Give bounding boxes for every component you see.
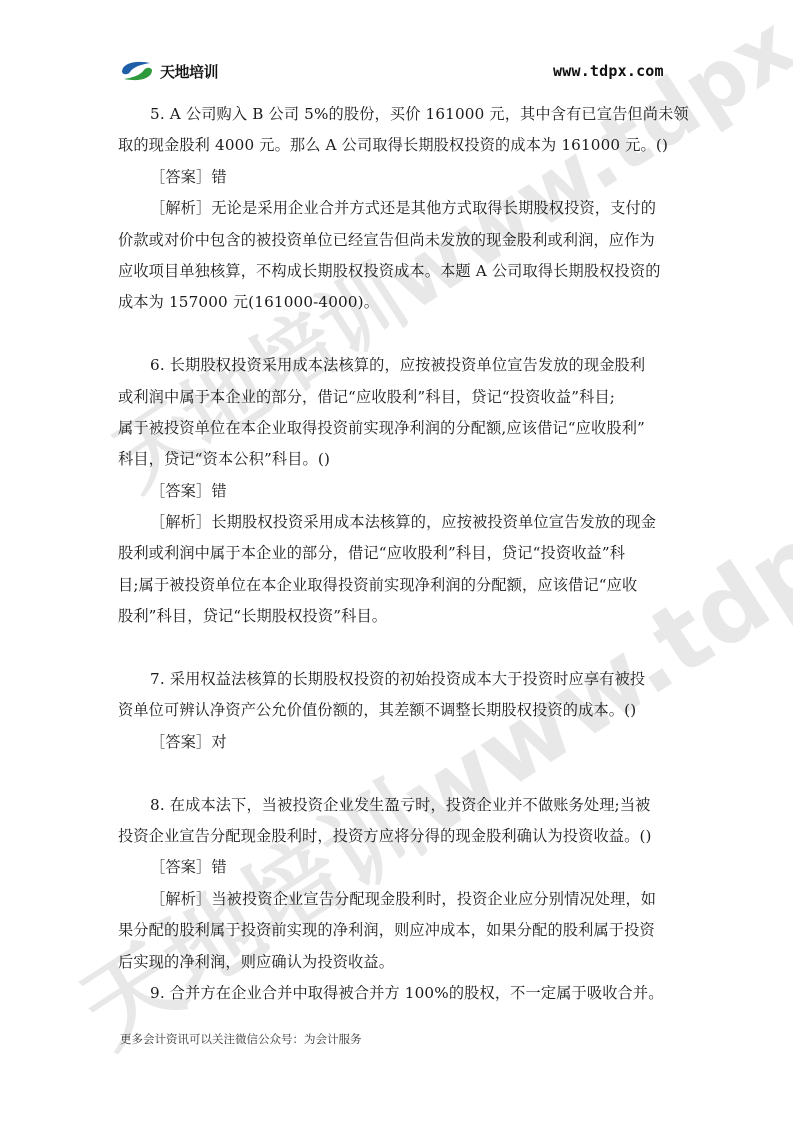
question-text: 取的现金股利 4000 元。那么 A 公司取得长期股权投资的成本为 161000…: [118, 130, 678, 161]
question-5: 5. A 公司购入 B 公司 5%的股份，买价 161000 元，其中含有已宣告…: [118, 99, 678, 319]
document-body: 5. A 公司购入 B 公司 5%的股份，买价 161000 元，其中含有已宣告…: [118, 99, 678, 1009]
answer: ［答案］错: [118, 852, 678, 883]
answer: ［答案］错: [118, 476, 678, 507]
logo-swoosh-icon: [120, 60, 154, 82]
page-header: 天地培训 www.tdpx.com: [0, 0, 793, 95]
analysis-text: 股利”科目，贷记“长期股权投资”科目。: [118, 601, 678, 632]
page-footer: 更多会计资讯可以关注微信公众号：为会计服务: [120, 1031, 362, 1047]
analysis-text: 果分配的股利属于投资前实现的净利润，则应冲成本，如果分配的股利属于投资: [118, 915, 678, 946]
question-text: 8. 在成本法下，当被投资企业发生盈亏时，投资企业并不做账务处理;当被: [118, 790, 678, 821]
question-text: 资单位可辨认净资产公允价值份额的，其差额不调整长期股权投资的成本。(): [118, 695, 678, 726]
analysis-text: 股利或利润中属于本企业的部分，借记“应收股利”科目，贷记“投资收益”科: [118, 538, 678, 569]
analysis-text: 价款或对价中包含的被投资单位已经宣告但尚未发放的现金股利或利润，应作为: [118, 225, 678, 256]
question-text: 投资企业宣告分配现金股利时，投资方应将分得的现金股利确认为投资收益。(): [118, 821, 678, 852]
analysis-text: ［解析］当被投资企业宣告分配现金股利时，投资企业应分别情况处理，如: [118, 884, 678, 915]
answer: ［答案］对: [118, 727, 678, 758]
logo: 天地培训: [120, 60, 218, 82]
question-8: 8. 在成本法下，当被投资企业发生盈亏时，投资企业并不做账务处理;当被 投资企业…: [118, 790, 678, 978]
logo-text: 天地培训: [160, 61, 218, 82]
question-text: 7. 采用权益法核算的长期股权投资的初始投资成本大于投资时应享有被投: [118, 664, 678, 695]
question-text: 科目，贷记“资本公积”科目。(): [118, 444, 678, 475]
analysis-text: 应收项目单独核算，不构成长期股权投资成本。本题 A 公司取得长期股权投资的: [118, 256, 678, 287]
question-7: 7. 采用权益法核算的长期股权投资的初始投资成本大于投资时应享有被投 资单位可辨…: [118, 664, 678, 758]
analysis-text: 后实现的净利润，则应确认为投资收益。: [118, 947, 678, 978]
analysis-text: 目;属于被投资单位在本企业取得投资前实现净利润的分配额，应该借记“应收: [118, 570, 678, 601]
answer: ［答案］错: [118, 162, 678, 193]
site-url: www.tdpx.com: [553, 62, 664, 80]
analysis-text: 成本为 157000 元(161000-4000)。: [118, 287, 678, 318]
question-9: 9. 合并方在企业合并中取得被合并方 100%的股权，不一定属于吸收合并。: [118, 978, 678, 1009]
analysis-text: ［解析］长期股权投资采用成本法核算的，应按被投资单位宣告发放的现金: [118, 507, 678, 538]
question-text: 6. 长期股权投资采用成本法核算的，应按被投资单位宣告发放的现金股利: [118, 350, 678, 381]
question-text: 5. A 公司购入 B 公司 5%的股份，买价 161000 元，其中含有已宣告…: [118, 99, 678, 130]
analysis-text: ［解析］无论是采用企业合并方式还是其他方式取得长期股权投资，支付的: [118, 193, 678, 224]
question-text: 或利润中属于本企业的部分，借记“应收股利”科目，贷记“投资收益”科目;: [118, 382, 678, 413]
question-text: 9. 合并方在企业合并中取得被合并方 100%的股权，不一定属于吸收合并。: [118, 978, 678, 1009]
question-text: 属于被投资单位在本企业取得投资前实现净利润的分配额,应该借记“应收股利”: [118, 413, 678, 444]
question-6: 6. 长期股权投资采用成本法核算的，应按被投资单位宣告发放的现金股利 或利润中属…: [118, 350, 678, 633]
